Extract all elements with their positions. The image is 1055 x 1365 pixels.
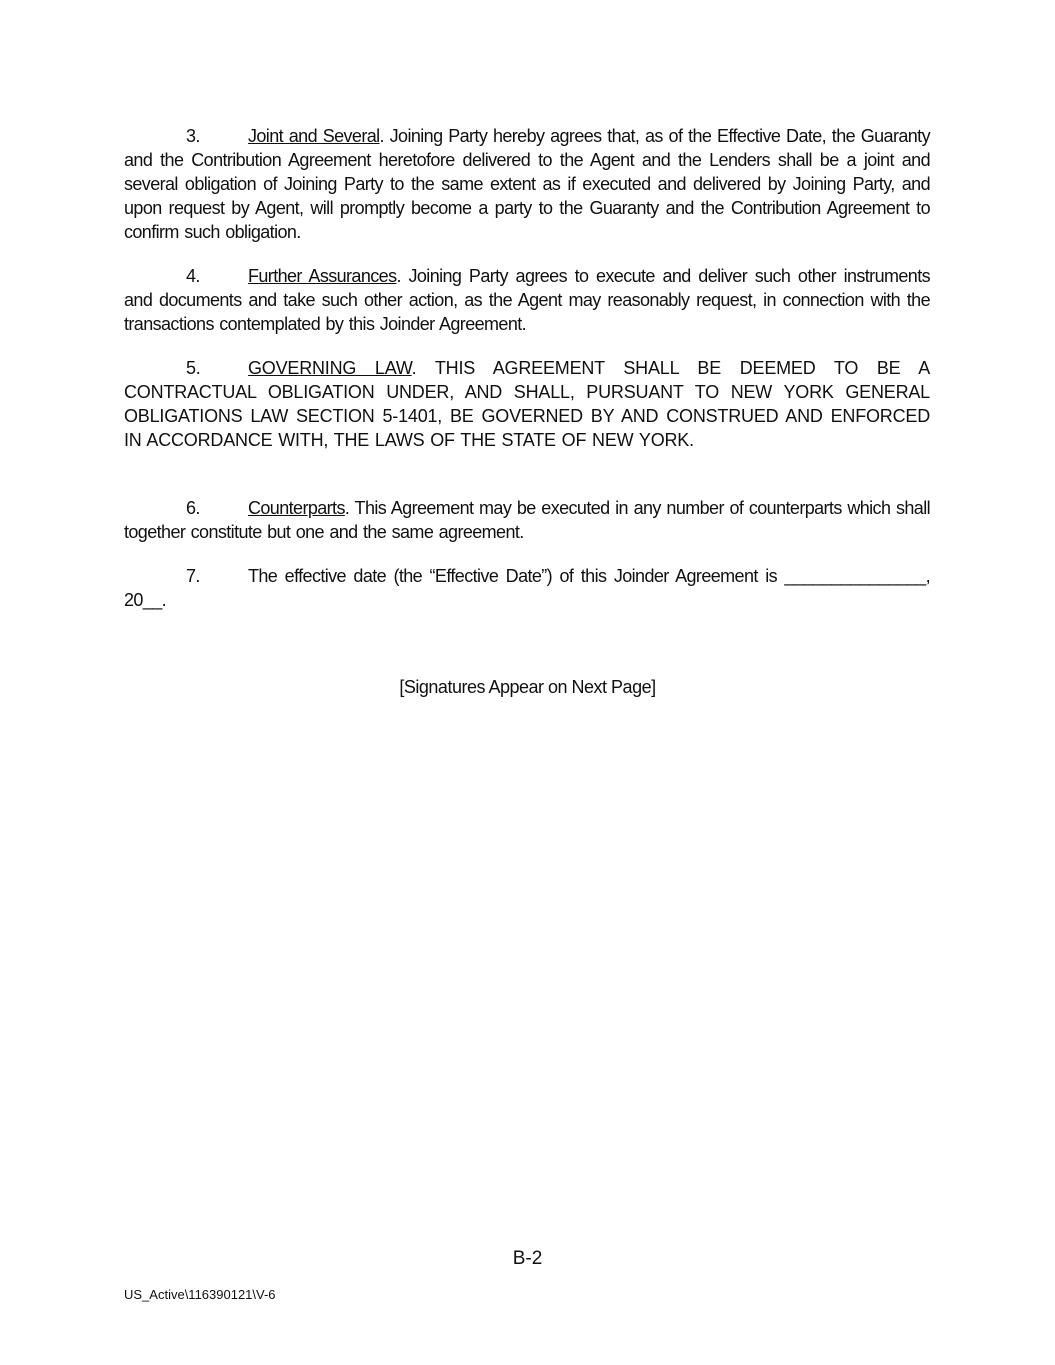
document-page: 3.Joint and Several. Joining Party hereb… bbox=[0, 0, 1055, 1365]
section-heading: Counterparts bbox=[248, 498, 345, 518]
section-5: 5.GOVERNING LAW. THIS AGREEMENT SHALL BE… bbox=[124, 356, 930, 452]
section-heading: GOVERNING LAW bbox=[248, 358, 412, 378]
section-3: 3.Joint and Several. Joining Party hereb… bbox=[124, 124, 930, 244]
section-number: 4. bbox=[124, 264, 248, 288]
section-7: 7.The effective date (the “Effective Dat… bbox=[124, 564, 930, 612]
section-4: 4.Further Assurances. Joining Party agre… bbox=[124, 264, 930, 336]
section-heading: Joint and Several bbox=[248, 126, 380, 146]
signature-note: [Signatures Appear on Next Page] bbox=[0, 677, 1055, 698]
section-number: 6. bbox=[124, 496, 248, 520]
document-footer-id: US_Active\116390121\V-6 bbox=[124, 1287, 276, 1302]
section-heading: Further Assurances bbox=[248, 266, 396, 286]
section-number: 3. bbox=[124, 124, 248, 148]
section-number: 5. bbox=[124, 356, 248, 380]
section-number: 7. bbox=[124, 564, 248, 588]
page-number: B-2 bbox=[0, 1248, 1055, 1270]
section-6: 6.Counterparts. This Agreement may be ex… bbox=[124, 496, 930, 544]
